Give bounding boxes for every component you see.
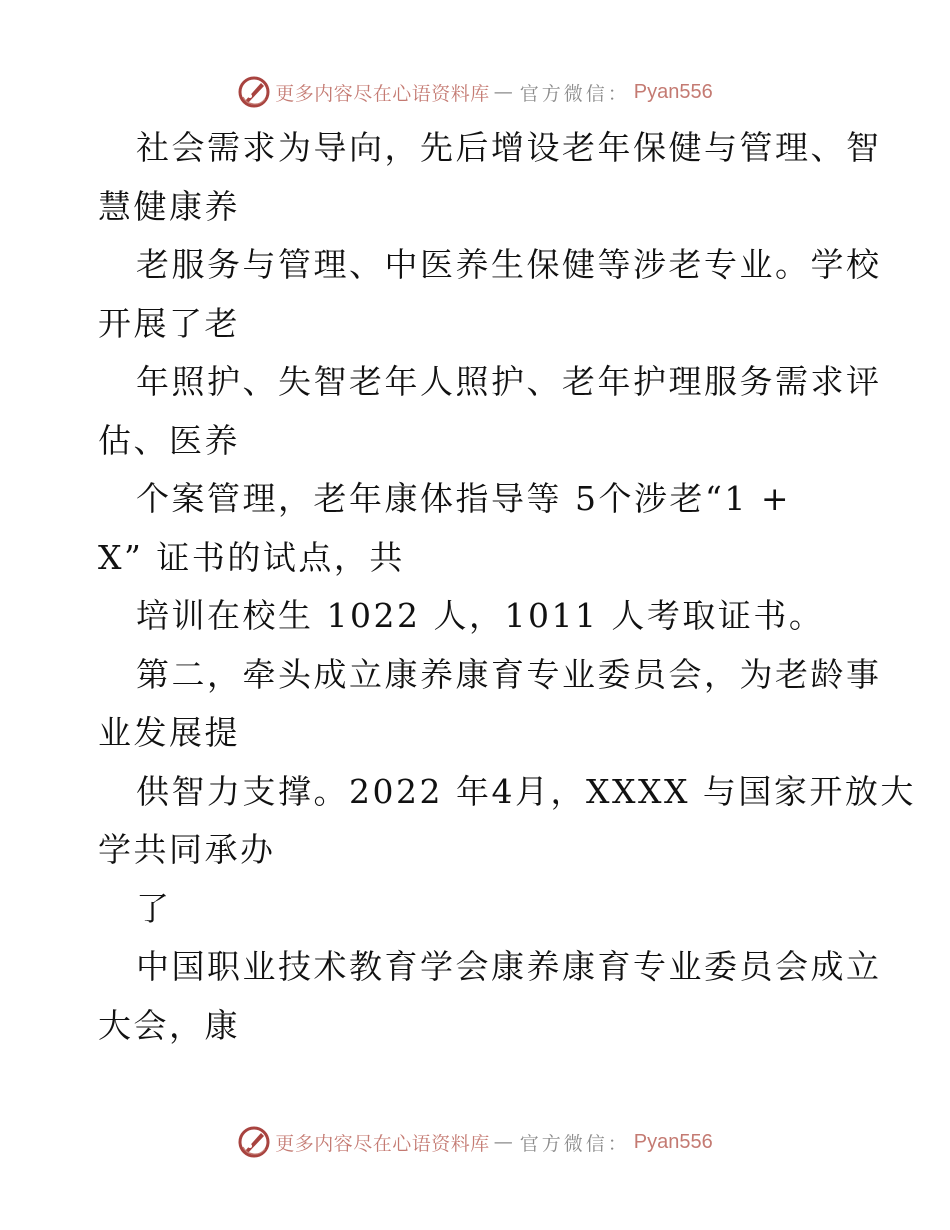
watermark-dash: — <box>494 81 516 103</box>
watermark-dash: — <box>494 1131 516 1153</box>
text-line: 老服务与管理、中医养生保健等涉老专业。学校 <box>98 241 858 300</box>
watermark-wechat-id: Pyan556 <box>634 81 713 104</box>
text-line: 供智力支撑。2022 年4月，XXXX 与国家开放大 <box>98 768 858 827</box>
text-line: 年照护、失智老年人照护、老年护理服务需求评 <box>98 358 858 417</box>
text-line: 第二，牵头成立康养康育专业委员会，为老龄事 <box>98 651 858 710</box>
watermark-wechat-id: Pyan556 <box>634 1131 713 1154</box>
footer-watermark: 更多内容尽在心语资料库 — 官方微信： Pyan556 <box>0 1122 950 1162</box>
watermark-wechat-label: 官方微信： <box>520 1129 630 1156</box>
quill-pen-logo-icon <box>237 1125 271 1159</box>
document-body: 社会需求为导向，先后增设老年保健与管理、智 慧健康养 老服务与管理、中医养生保健… <box>98 124 858 1060</box>
text-line: 学共同承办 <box>98 826 858 885</box>
text-line: 大会，康 <box>98 1002 858 1061</box>
text-line: 个案管理，老年康体指导等 5个涉老“1 + <box>98 475 858 534</box>
watermark-site-text: 更多内容尽在心语资料库 <box>275 1129 490 1156</box>
text-line: 业发展提 <box>98 709 858 768</box>
quill-pen-logo-icon <box>237 75 271 109</box>
text-line: 培训在校生 1022 人，1011 人考取证书。 <box>98 592 858 651</box>
watermark-wechat-label: 官方微信： <box>520 79 630 106</box>
text-line: X” 证书的试点，共 <box>98 534 858 593</box>
text-line: 估、医养 <box>98 417 858 476</box>
text-line: 开展了老 <box>98 300 858 359</box>
text-line: 中国职业技术教育学会康养康育专业委员会成立 <box>98 943 858 1002</box>
text-line: 慧健康养 <box>98 183 858 242</box>
text-line: 社会需求为导向，先后增设老年保健与管理、智 <box>98 124 858 183</box>
header-watermark: 更多内容尽在心语资料库 — 官方微信： Pyan556 <box>0 72 950 112</box>
text-line: 了 <box>98 885 858 944</box>
watermark-site-text: 更多内容尽在心语资料库 <box>275 79 490 106</box>
